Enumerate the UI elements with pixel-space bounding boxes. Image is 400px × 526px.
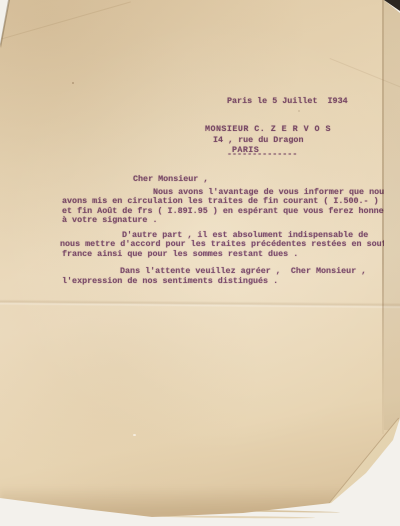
recipient-name: MONSIEUR C. Z E R V O S — [205, 125, 331, 134]
letter-line: avons mis en circulation les traites de … — [62, 197, 379, 206]
scanned-letter-page: Paris le 5 Juillet I934 MONSIEUR C. Z E … — [0, 0, 400, 526]
letter-line: l'expression de nos sentiments distingué… — [62, 277, 278, 286]
folded-edge-strip — [384, 0, 400, 430]
letter-line: à votre signature . — [62, 216, 158, 225]
letter-paper: Paris le 5 Juillet I934 MONSIEUR C. Z E … — [0, 0, 400, 526]
letter-line: france ainsi que pour les sommes restant… — [62, 250, 298, 259]
salutation: Cher Monsieur , — [133, 175, 208, 184]
date-line: Paris le 5 Juillet I934 — [227, 97, 348, 106]
letter-line: Dans l'attente veuillez agréer , Cher Mo… — [120, 267, 366, 276]
recipient-underline: -------------- — [227, 150, 297, 159]
letter-content: Paris le 5 Juillet I934 MONSIEUR C. Z E … — [0, 0, 384, 526]
recipient-street: I4 , rue du Dragon — [213, 136, 303, 145]
